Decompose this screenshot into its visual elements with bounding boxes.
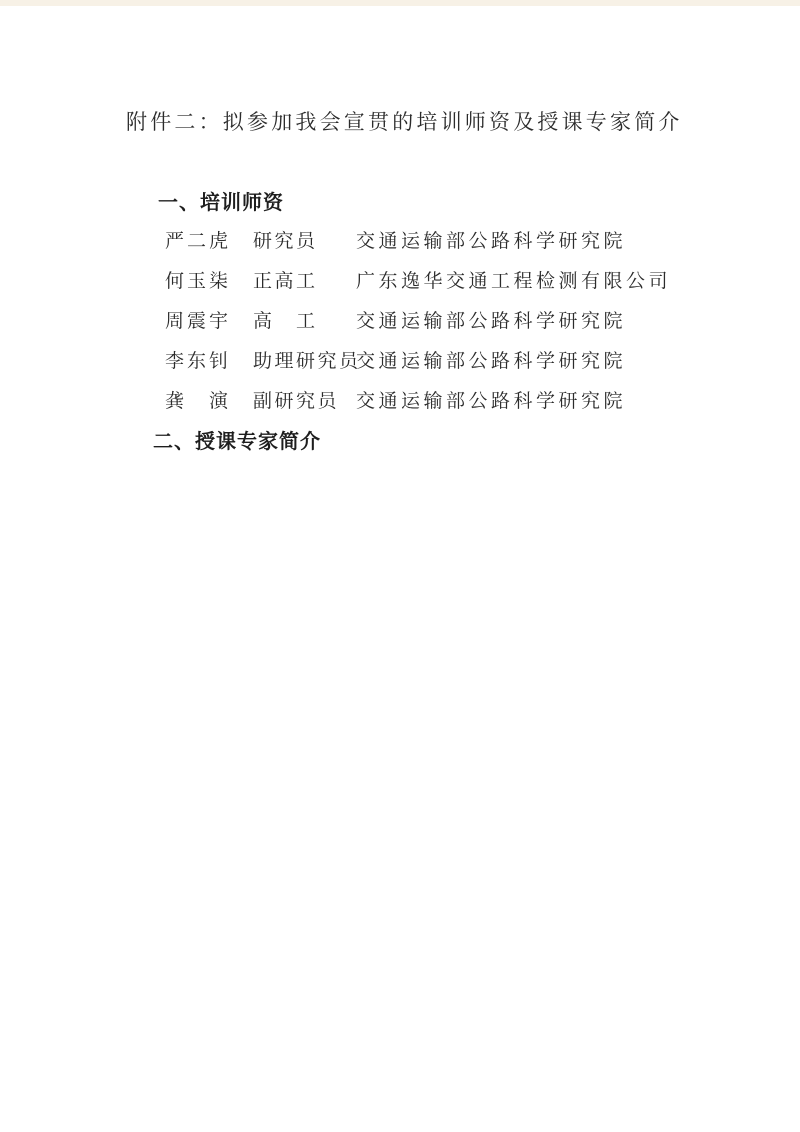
trainer-name: 周震宇 — [165, 306, 241, 333]
trainer-title: 正高工 — [253, 266, 353, 293]
trainer-row: 周震宇 高 工 交通运输部公路科学研究院 — [165, 306, 353, 346]
trainer-name: 严二虎 — [165, 226, 241, 253]
trainer-row: 李东钊 助理研究员 交通运输部公路科学研究院 — [165, 346, 353, 386]
trainer-name: 李东钊 — [165, 346, 241, 373]
trainer-title: 助理研究员 — [253, 346, 353, 373]
trainer-title: 高 工 — [253, 306, 353, 333]
section-heading-expert-profiles: 二、授课专家简介 — [153, 425, 321, 454]
trainer-row: 龚 演 副研究员 交通运输部公路科学研究院 — [165, 386, 353, 426]
document-title: 附件二：拟参加我会宣贯的培训师资及授课专家简介 — [126, 106, 683, 136]
trainer-row: 何玉柒 正高工 广东逸华交通工程检测有限公司 — [165, 266, 353, 306]
trainer-name: 龚 演 — [165, 386, 241, 413]
trainer-roster: 严二虎 研究员 交通运输部公路科学研究院 何玉柒 正高工 广东逸华交通工程检测有… — [165, 226, 353, 426]
trainer-organization: 交通运输部公路科学研究院 — [356, 346, 626, 373]
trainer-row: 严二虎 研究员 交通运输部公路科学研究院 — [165, 226, 353, 266]
trainer-organization: 交通运输部公路科学研究院 — [356, 306, 626, 333]
trainer-title: 副研究员 — [253, 386, 353, 413]
trainer-organization: 交通运输部公路科学研究院 — [356, 226, 626, 253]
document-page: 附件二：拟参加我会宣贯的培训师资及授课专家简介 一、培训师资 严二虎 研究员 交… — [0, 0, 800, 1132]
scan-edge — [0, 0, 800, 6]
trainer-title: 研究员 — [253, 226, 353, 253]
trainer-organization: 交通运输部公路科学研究院 — [356, 386, 626, 413]
section-heading-trainers: 一、培训师资 — [158, 186, 284, 215]
trainer-name: 何玉柒 — [165, 266, 241, 293]
trainer-organization: 广东逸华交通工程检测有限公司 — [356, 266, 671, 293]
